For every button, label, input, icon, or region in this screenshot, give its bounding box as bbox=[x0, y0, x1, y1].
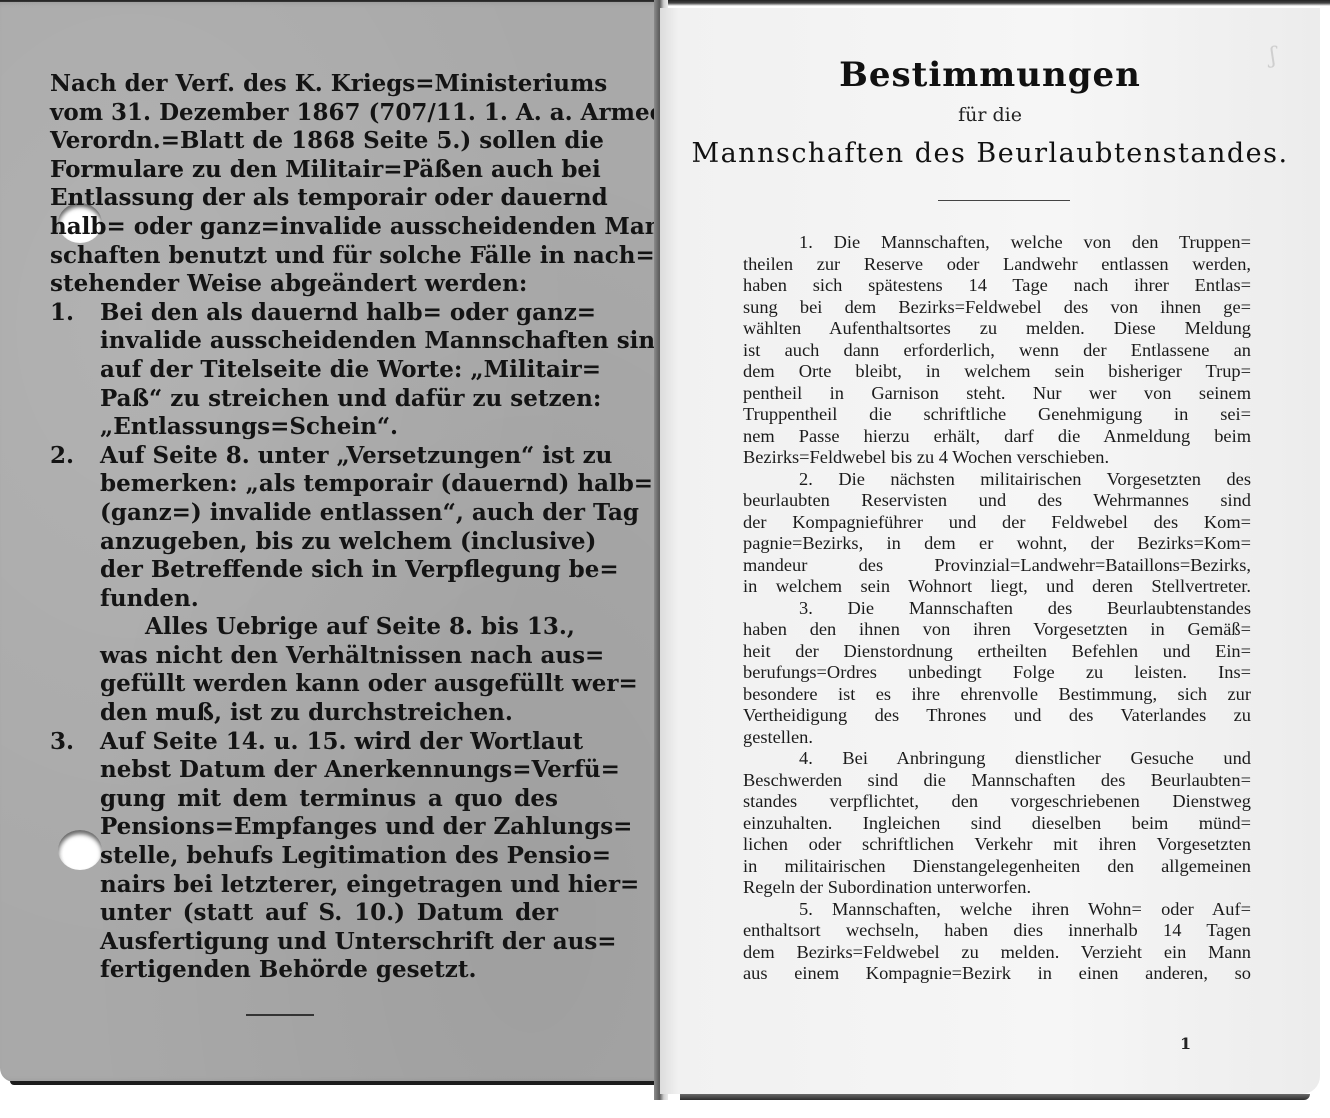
text-line: Beschwerden sind die Mannschaften des Be… bbox=[743, 770, 1251, 792]
page-title-line2: Mannschaften des Beurlaubtenstandes. bbox=[690, 138, 1290, 169]
text-line: haben den ihnen von ihren Vorgesetzten i… bbox=[743, 619, 1251, 641]
text-line: gung mit dem terminus a quo des bbox=[100, 785, 558, 814]
text-line: Regeln der Subordination unterworfen. bbox=[743, 877, 1251, 899]
text-line: in militairischen Dienstangelegenheiten … bbox=[743, 856, 1251, 878]
text-line: halb= oder ganz=invalide ausscheidenden … bbox=[50, 213, 558, 242]
page-subtitle: für die bbox=[660, 104, 1320, 126]
text-line: anzugeben, bis zu welchem (inclusive) bbox=[100, 528, 558, 557]
text-line: Alles Uebrige auf Seite 8. bis 13., bbox=[100, 613, 558, 642]
text-line: stehender Weise abgeändert werden: bbox=[50, 270, 558, 299]
text-line: Bezirks=Feldwebel bis zu 4 Wochen versch… bbox=[743, 447, 1251, 469]
text-line: Nach der Verf. des K. Kriegs=Ministerium… bbox=[50, 70, 558, 99]
text-line: was nicht den Verhältnissen nach aus= bbox=[100, 642, 558, 671]
text-line: der Kompagnieführer und der Feldwebel de… bbox=[743, 512, 1251, 534]
text-line: Truppentheil die schriftliche Genehmigun… bbox=[743, 404, 1251, 426]
text-line: einzuhalten. Ingleichen sind dieselben b… bbox=[743, 813, 1251, 835]
text-line: bemerken: „als temporair (dauernd) halb= bbox=[100, 470, 558, 499]
text-line: lichen oder schriftlichen Verkehr mit ih… bbox=[743, 834, 1251, 856]
text-line: Entlassung der als temporair oder dauern… bbox=[50, 184, 558, 213]
text-line: 3. Die Mannschaften des Beurlaubtenstand… bbox=[743, 598, 1251, 620]
text-line: unter (statt auf S. 10.) Datum der bbox=[100, 899, 558, 928]
text-line: dem Orte bleibt, in welchem sein bisheri… bbox=[743, 361, 1251, 383]
text-line: ist auch dann erforderlich, wenn der Ent… bbox=[743, 340, 1251, 362]
text-line: stelle, behufs Legitimation des Pensio= bbox=[100, 842, 558, 871]
text-line: enthaltsort wechseln, haben dies innerha… bbox=[743, 920, 1251, 942]
page-number: 1 bbox=[1180, 1034, 1191, 1053]
divider-rule bbox=[246, 1014, 314, 1016]
text-line: Formulare zu den Militair=Päßen auch bei bbox=[50, 156, 558, 185]
page-title: Bestimmungen bbox=[660, 55, 1320, 95]
text-line: 4. Bei Anbringung dienstlicher Gesuche u… bbox=[743, 748, 1251, 770]
text-line: haben sich spätestens 14 Tage nach ihrer… bbox=[743, 275, 1251, 297]
text-line: fertigenden Behörde gesetzt. bbox=[100, 956, 558, 985]
text-line: 5. Mannschaften, welche ihren Wohn= oder… bbox=[743, 899, 1251, 921]
list-item-1: 1. Bei den als dauernd halb= oder ganz= … bbox=[50, 299, 558, 442]
text-line: pentheil in Garnison steht. Nur wer von … bbox=[743, 383, 1251, 405]
text-line: nairs bei letzterer, eingetragen und hie… bbox=[100, 871, 558, 900]
text-line: Ausfertigung und Unterschrift der aus= bbox=[100, 928, 558, 957]
item-number: 3. bbox=[50, 728, 100, 985]
text-line: Verordn.=Blatt de 1868 Seite 5.) sollen … bbox=[50, 127, 558, 156]
text-line: standes verpflichtet, den vorgeschrieben… bbox=[743, 791, 1251, 813]
text-line: funden. bbox=[100, 585, 558, 614]
text-line: den muß, ist zu durchstreichen. bbox=[100, 699, 558, 728]
text-line: (ganz=) invalide entlassen“, auch der Ta… bbox=[100, 499, 558, 528]
text-line: theilen zur Reserve oder Landwehr entlas… bbox=[743, 254, 1251, 276]
text-line: in welchem sein Wohnort liegt, und deren… bbox=[743, 576, 1251, 598]
text-line: Pensions=Empfanges und der Zahlungs= bbox=[100, 813, 558, 842]
text-line: gestellen. bbox=[743, 727, 1251, 749]
text-line: besondere ist es ihre ehrenvolle Bestimm… bbox=[743, 684, 1251, 706]
text-line: beurlaubten Reservisten und des Wehrmann… bbox=[743, 490, 1251, 512]
text-line: pagnie=Bezirks, in dem er wohnt, der Bez… bbox=[743, 533, 1251, 555]
text-line: nebst Datum der Anerkennungs=Verfü= bbox=[100, 756, 558, 785]
item-number: 1. bbox=[50, 299, 100, 442]
text-line: 1. Die Mannschaften, welche von den Trup… bbox=[743, 232, 1251, 254]
text-line: heit der Dienstordnung ertheilten Befehl… bbox=[743, 641, 1251, 663]
list-item-2: 2. Auf Seite 8. unter „Versetzungen“ ist… bbox=[50, 442, 558, 728]
text-line: Vertheidigung des Thrones und des Vaterl… bbox=[743, 705, 1251, 727]
text-line: nem Passe hierzu erhält, darf die Anmeld… bbox=[743, 426, 1251, 448]
text-line: Bei den als dauernd halb= oder ganz= bbox=[100, 299, 558, 328]
right-page-text: 1. Die Mannschaften, welche von den Trup… bbox=[743, 232, 1251, 985]
divider-rule bbox=[938, 200, 1070, 201]
text-line: Auf Seite 14. u. 15. wird der Wortlaut bbox=[100, 728, 558, 757]
text-line: invalide ausscheidenden Mannschaften sin… bbox=[100, 327, 558, 356]
text-line: aus einem Kompagnie=Bezirk in einen ande… bbox=[743, 963, 1251, 985]
text-line: gefüllt werden kann oder ausgefüllt wer= bbox=[100, 670, 558, 699]
text-line: sung bei dem Bezirks=Feldwebel des von i… bbox=[743, 297, 1251, 319]
text-line: „Entlassungs=Schein“. bbox=[100, 413, 558, 442]
text-line: wählten Aufenthaltsortes zu melden. Dies… bbox=[743, 318, 1251, 340]
item-number: 2. bbox=[50, 442, 100, 728]
text-line: Paß“ zu streichen und dafür zu setzen: bbox=[100, 385, 558, 414]
text-line: mandeur des Provinzial=Landwehr=Bataillo… bbox=[743, 555, 1251, 577]
text-line: 2. Die nächsten militairischen Vorgesetz… bbox=[743, 469, 1251, 491]
text-line: schaften benutzt und für solche Fälle in… bbox=[50, 242, 558, 271]
list-item-3: 3. Auf Seite 14. u. 15. wird der Wortlau… bbox=[50, 728, 558, 985]
text-line: dem Bezirks=Feldwebel zu melden. Verzieh… bbox=[743, 942, 1251, 964]
text-line: auf der Titelseite die Worte: „Militair= bbox=[100, 356, 558, 385]
text-line: Auf Seite 8. unter „Versetzungen“ ist zu bbox=[100, 442, 558, 471]
text-line: vom 31. Dezember 1867 (707/11. 1. A. a. … bbox=[50, 99, 558, 128]
left-page-text: Nach der Verf. des K. Kriegs=Ministerium… bbox=[50, 70, 558, 985]
text-line: berufungs=Ordres unbedingt Folge zu leis… bbox=[743, 662, 1251, 684]
text-line: der Betreffende sich in Verpflegung be= bbox=[100, 556, 558, 585]
